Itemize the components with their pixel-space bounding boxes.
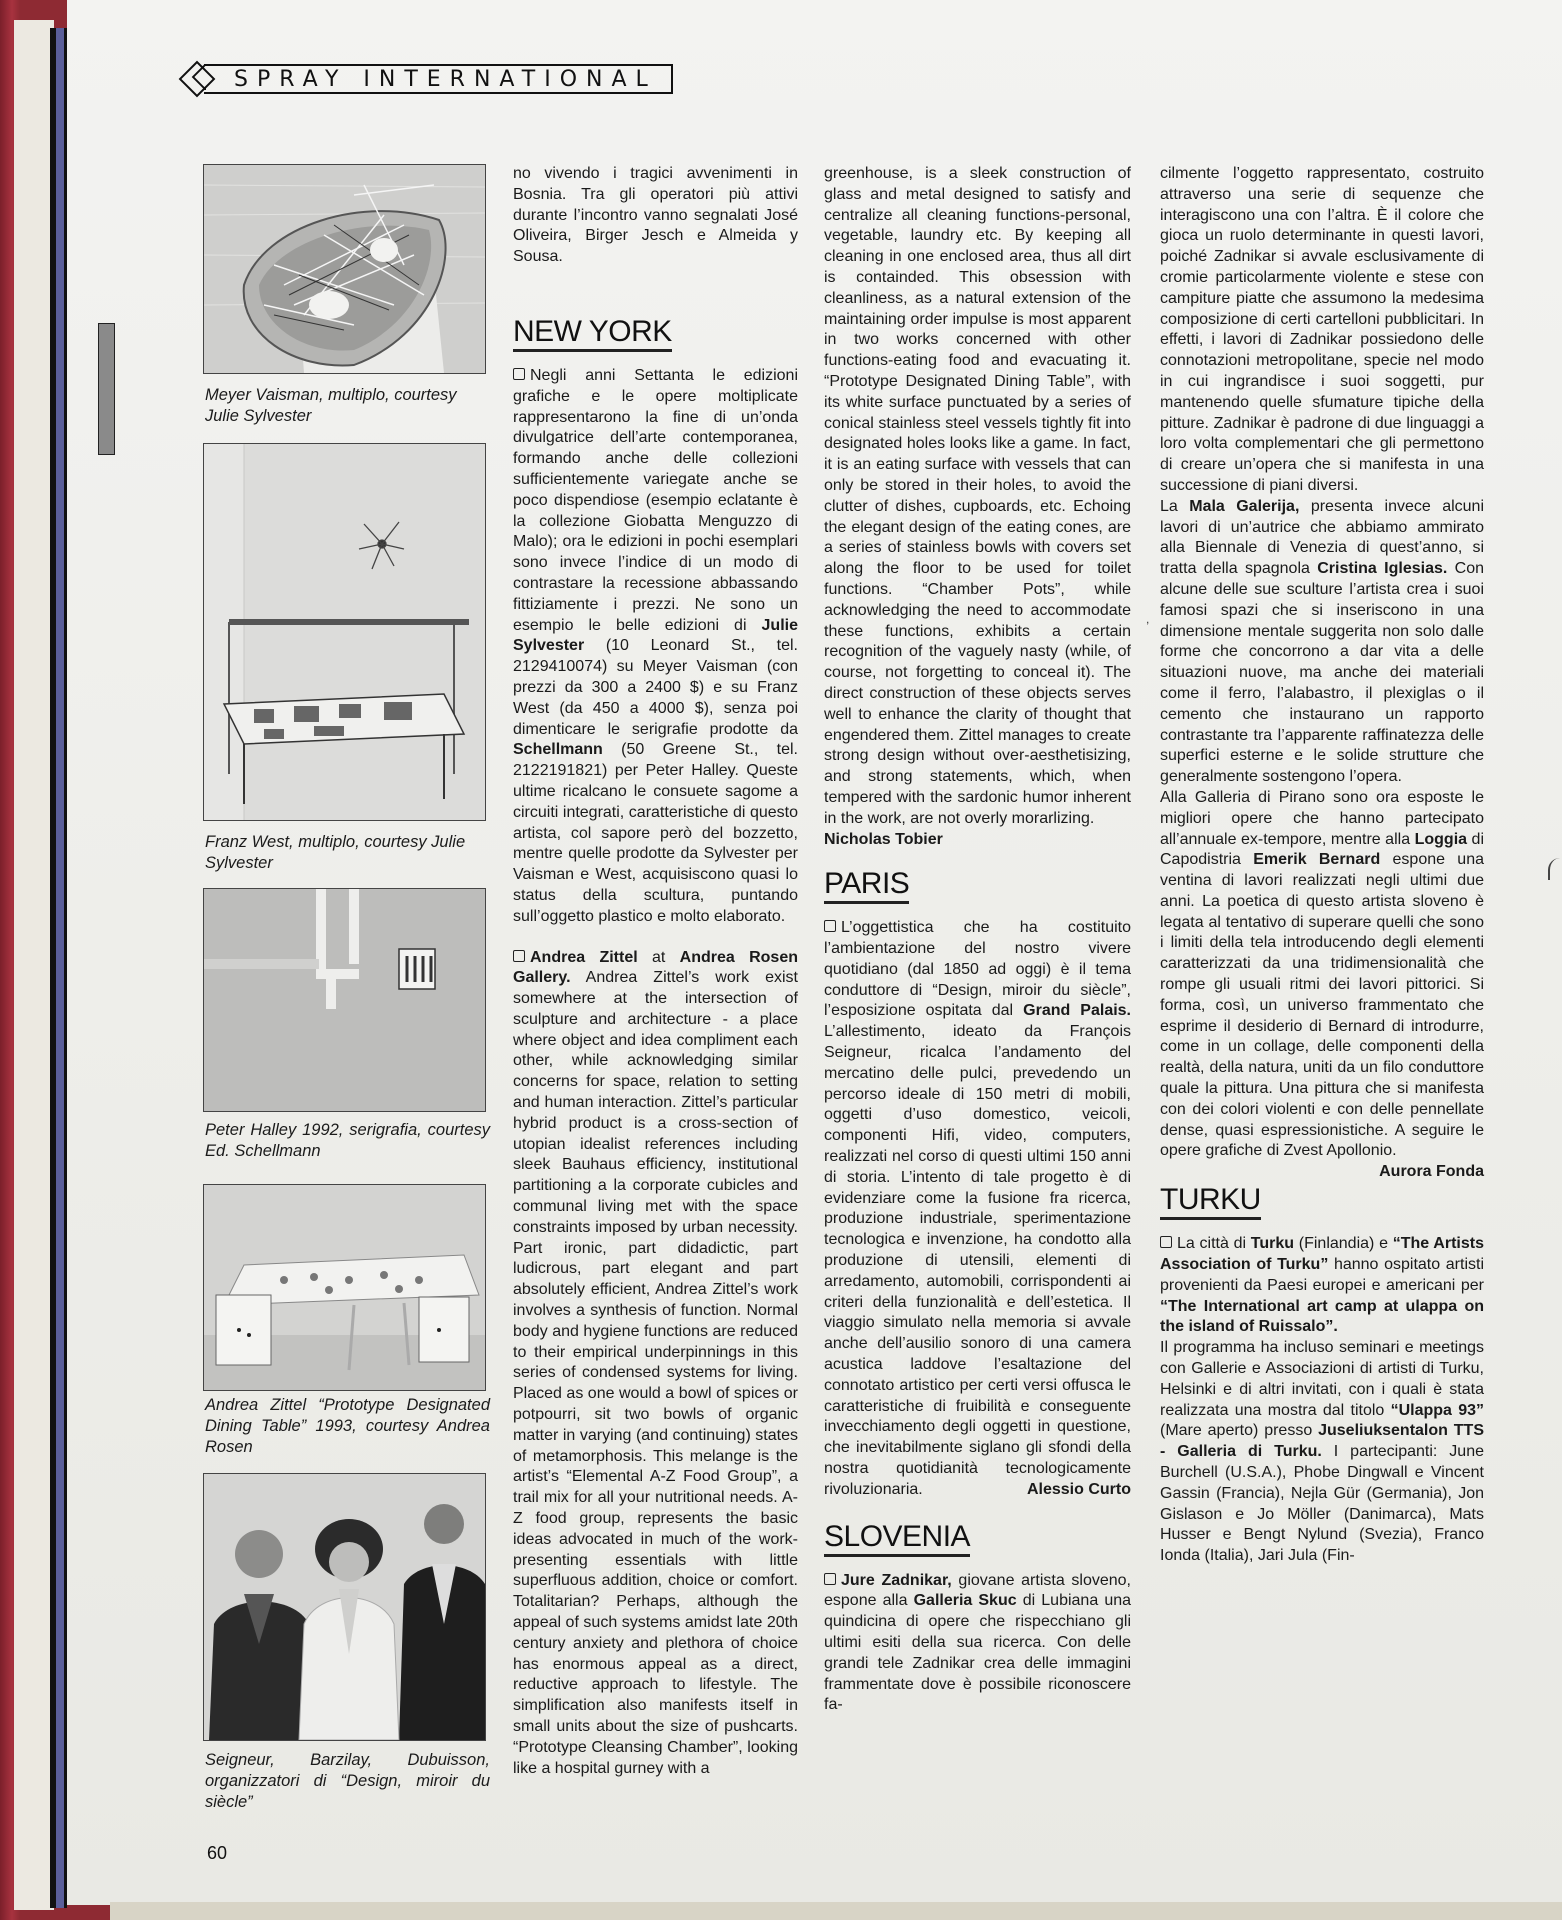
- bullet-square-icon: [824, 920, 836, 932]
- bullet-square-icon: [513, 950, 525, 962]
- mala-galerija-paragraph: La Mala Galerija, presenta invece alcuni…: [1160, 497, 1484, 788]
- photo-caption: Peter Halley 1992, serigrafia, courtesy …: [205, 1120, 490, 1162]
- slovenia-paragraph: Jure Zadnikar, giovane artista sloveno, …: [824, 1571, 1131, 1717]
- bowl-illustration: [204, 165, 485, 373]
- margin-tab-marker: [98, 323, 115, 455]
- arrow-notch-icon: [191, 64, 206, 90]
- section-heading-slovenia: SLOVENIA: [824, 1521, 970, 1557]
- page-number: 60: [207, 1843, 227, 1864]
- bullet-square-icon: [1160, 1236, 1172, 1248]
- page-edge: [14, 20, 54, 1910]
- text-column-2: no vivendo i tragici avvenimenti in Bosn…: [513, 164, 798, 1779]
- author-signature: Aurora Fonda: [1379, 1162, 1484, 1183]
- photo-franz-west-chair: [203, 443, 486, 821]
- table-illustration: [204, 1185, 485, 1390]
- photo-peter-halley: [203, 888, 486, 1112]
- section-heading-paris: PARIS: [824, 868, 909, 904]
- photo-caption: Meyer Vaisman, multiplo, courtesy Julie …: [205, 385, 490, 427]
- paris-paragraph: L’oggettistica che ha costituito l’ambie…: [824, 918, 1131, 1500]
- turku-paragraph: La città di Turku (Finlandia) e “The Art…: [1160, 1234, 1484, 1338]
- section-heading-new-york: NEW YORK: [513, 316, 672, 352]
- portrait-illustration: [204, 1474, 485, 1740]
- photo-vaisman-bowl: [203, 164, 486, 374]
- pirano-paragraph: Alla Galleria di Pirano sono ora esposte…: [1160, 788, 1484, 1162]
- page-curl-mark: [1548, 858, 1562, 880]
- author-signature: Nicholas Tobier: [824, 830, 1131, 851]
- photo-zittel-dining-table: [203, 1184, 486, 1391]
- zittel-review-paragraph: Andrea Zittel at Andrea Rosen Gallery. A…: [513, 948, 798, 1780]
- halley-illustration: [204, 889, 485, 1111]
- photo-caption: Seigneur, Barzilay, Dubuisson, organizza…: [205, 1750, 490, 1813]
- new-york-paragraph: Negli anni Settanta le edizioni grafiche…: [513, 366, 798, 928]
- page-stack-edge: [110, 1902, 1562, 1920]
- logo-banner: SPRAY INTERNATIONAL: [204, 64, 673, 94]
- logo-text: SPRAY INTERNATIONAL: [234, 67, 657, 92]
- text-column-4: cilmente l’oggetto rappresentato, costru…: [1160, 164, 1484, 1567]
- text-column-3: greenhouse, is a sleek construction of g…: [824, 164, 1131, 1716]
- chair-illustration: [204, 444, 485, 820]
- slovenia-continuation: cilmente l’oggetto rappresentato, costru…: [1160, 164, 1484, 497]
- author-signature: Alessio Curto: [1027, 1480, 1131, 1501]
- spine-stripe: [56, 28, 64, 1908]
- turku-program-paragraph: Il programma ha incluso seminari e meeti…: [1160, 1338, 1484, 1567]
- article-continuation: no vivendo i tragici avvenimenti in Bosn…: [513, 164, 798, 268]
- bullet-square-icon: [513, 368, 525, 380]
- photo-caption: Andrea Zittel “Prototype Designated Dini…: [205, 1395, 490, 1458]
- bullet-square-icon: [824, 1573, 836, 1585]
- section-heading-turku: TURKU: [1160, 1184, 1261, 1220]
- print-mark: ,: [1146, 612, 1149, 626]
- section-logo: SPRAY INTERNATIONAL: [178, 63, 673, 95]
- photo-organizers: [203, 1473, 486, 1741]
- zittel-review-continuation: greenhouse, is a sleek construction of g…: [824, 164, 1131, 830]
- photo-caption: Franz West, multiplo, courtesy Julie Syl…: [205, 832, 490, 874]
